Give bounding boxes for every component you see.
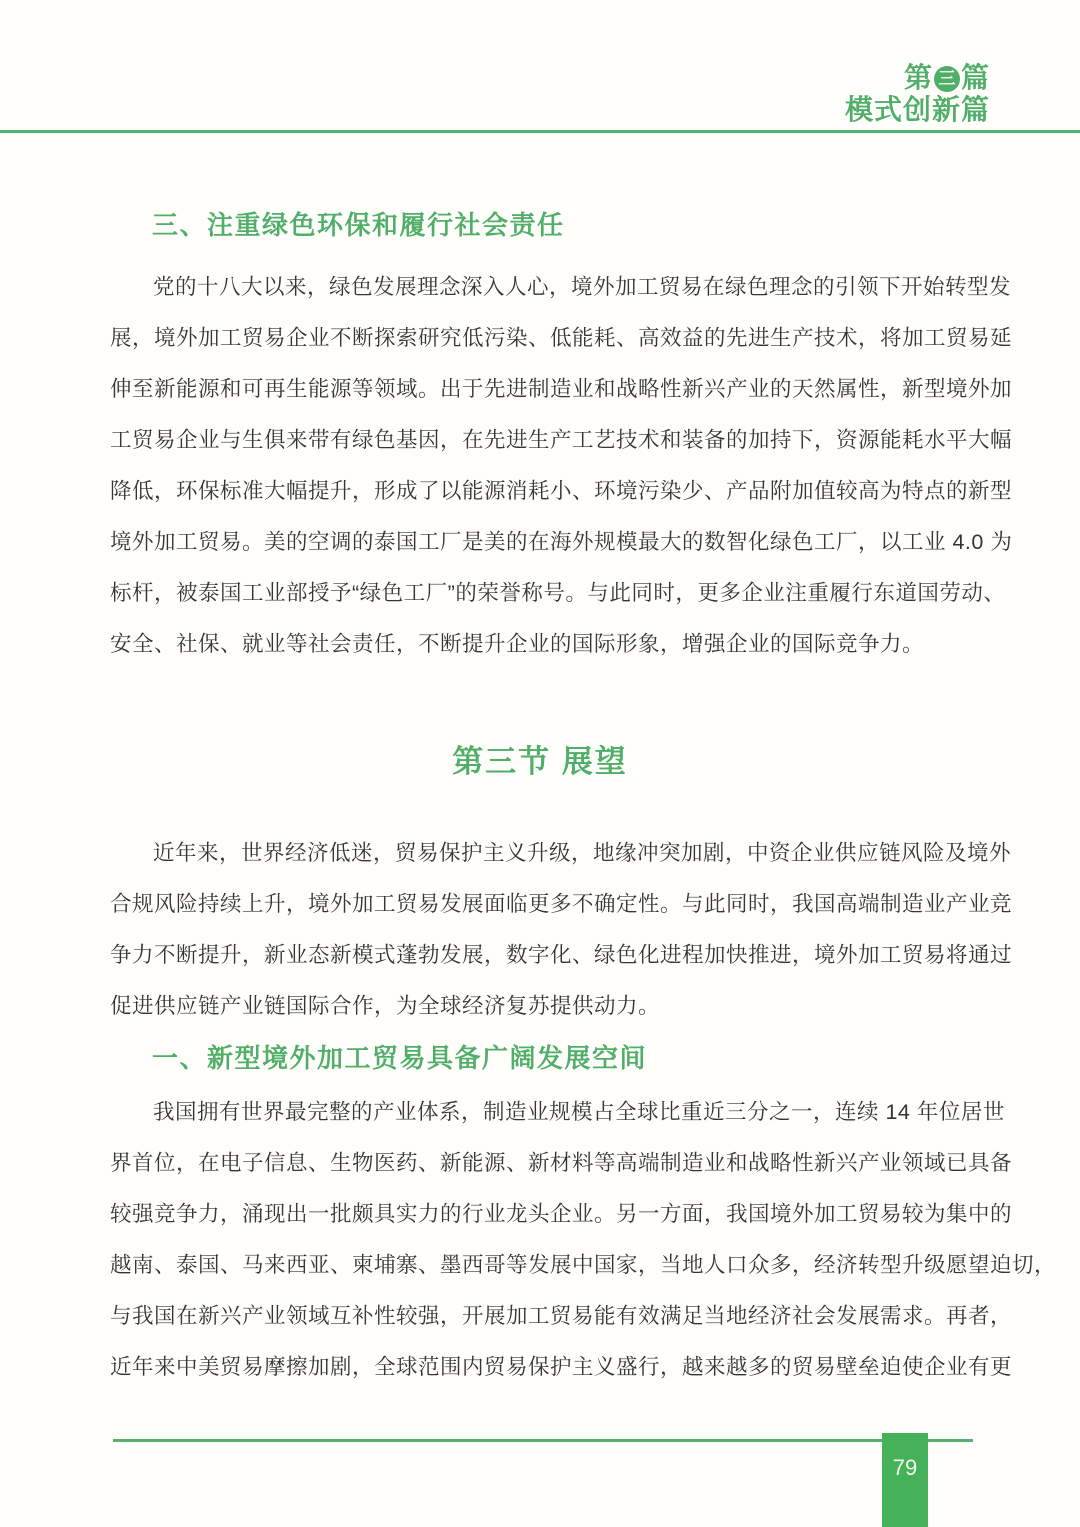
text-line: 安全、社保、就业等社会责任，不断提升企业的国际形象，增强企业的国际竞争力。 [110,619,970,670]
text-line: 越南、泰国、马来西亚、柬埔寨、墨西哥等发展中国家，当地人口众多，经济转型升级愿望… [110,1240,970,1291]
text-line: 界首位，在电子信息、生物医药、新能源、新材料等高端制造业和战略性新兴产业领域已具… [110,1138,970,1189]
text-line: 较强竞争力，涌现出一批颇具实力的行业龙头企业。另一方面，我国境外加工贸易较为集中… [110,1189,970,1240]
page-header: 第三篇 模式创新篇 [845,62,990,126]
page-number-tab: 79 [882,1433,928,1527]
subsection-heading-green: 一、新型境外加工贸易具备广阔发展空间 [152,1038,647,1075]
text-line: 合规风险持续上升，境外加工贸易发展面临更多不确定性。与此同时，我国高端制造业产业… [110,879,970,930]
part-number-line: 第三篇 [845,62,990,94]
circled-three-icon: 三 [934,66,960,92]
text-line: 党的十八大以来，绿色发展理念深入人心，境外加工贸易在绿色理念的引领下开始转型发 [110,262,970,313]
text-line: 争力不断提升，新业态新模式蓬勃发展，数字化、绿色化进程加快推进，境外加工贸易将通… [110,930,970,981]
text-line: 近年来，世界经济低迷，贸易保护主义升级，地缘冲突加剧，中资企业供应链风险及境外 [110,828,970,879]
paragraph-2: 近年来，世界经济低迷，贸易保护主义升级，地缘冲突加剧，中资企业供应链风险及境外 … [110,828,970,1032]
part-suffix: 篇 [961,62,990,93]
text-line: 促进供应链产业链国际合作，为全球经济复苏提供动力。 [110,981,970,1032]
text-line: 与我国在新兴产业领域互补性较强，开展加工贸易能有效满足当地经济社会发展需求。再者… [110,1291,970,1342]
text-line: 境外加工贸易。美的空调的泰国工厂是美的在海外规模最大的数智化绿色工厂，以工业 4… [110,517,970,568]
paragraph-1: 党的十八大以来，绿色发展理念深入人心，境外加工贸易在绿色理念的引领下开始转型发 … [110,262,970,670]
text-line: 近年来中美贸易摩擦加剧，全球范围内贸易保护主义盛行，越来越多的贸易壁垒迫使企业有… [110,1342,970,1393]
text-line: 降低，环保标准大幅提升，形成了以能源消耗小、环境污染少、产品附加值较高为特点的新… [110,466,970,517]
chapter-section-title: 第三节 展望 [0,736,1080,781]
paragraph-3: 我国拥有世界最完整的产业体系，制造业规模占全球比重近三分之一，连续 14 年位居… [110,1087,970,1393]
page-number: 79 [893,1455,917,1480]
text-line: 伸至新能源和可再生能源等领域。出于先进制造业和战略性新兴产业的天然属性，新型境外… [110,364,970,415]
footer-rule [113,1439,973,1442]
header-rule [0,130,1080,133]
section-heading-green: 三、注重绿色环保和履行社会责任 [152,205,565,242]
text-line: 工贸易企业与生俱来带有绿色基因，在先进生产工艺技术和装备的加持下，资源能耗水平大… [110,415,970,466]
part-prefix: 第 [904,62,933,93]
text-line: 我国拥有世界最完整的产业体系，制造业规模占全球比重近三分之一，连续 14 年位居… [110,1087,970,1138]
text-line: 标杆，被泰国工业部授予“绿色工厂”的荣誉称号。与此同时，更多企业注重履行东道国劳… [110,568,970,619]
document-page: 第三篇 模式创新篇 三、注重绿色环保和履行社会责任 党的十八大以来，绿色发展理念… [0,0,1080,1527]
text-line: 展，境外加工贸易企业不断探索研究低污染、低能耗、高效益的先进生产技术，将加工贸易… [110,313,970,364]
part-title: 模式创新篇 [845,94,990,126]
